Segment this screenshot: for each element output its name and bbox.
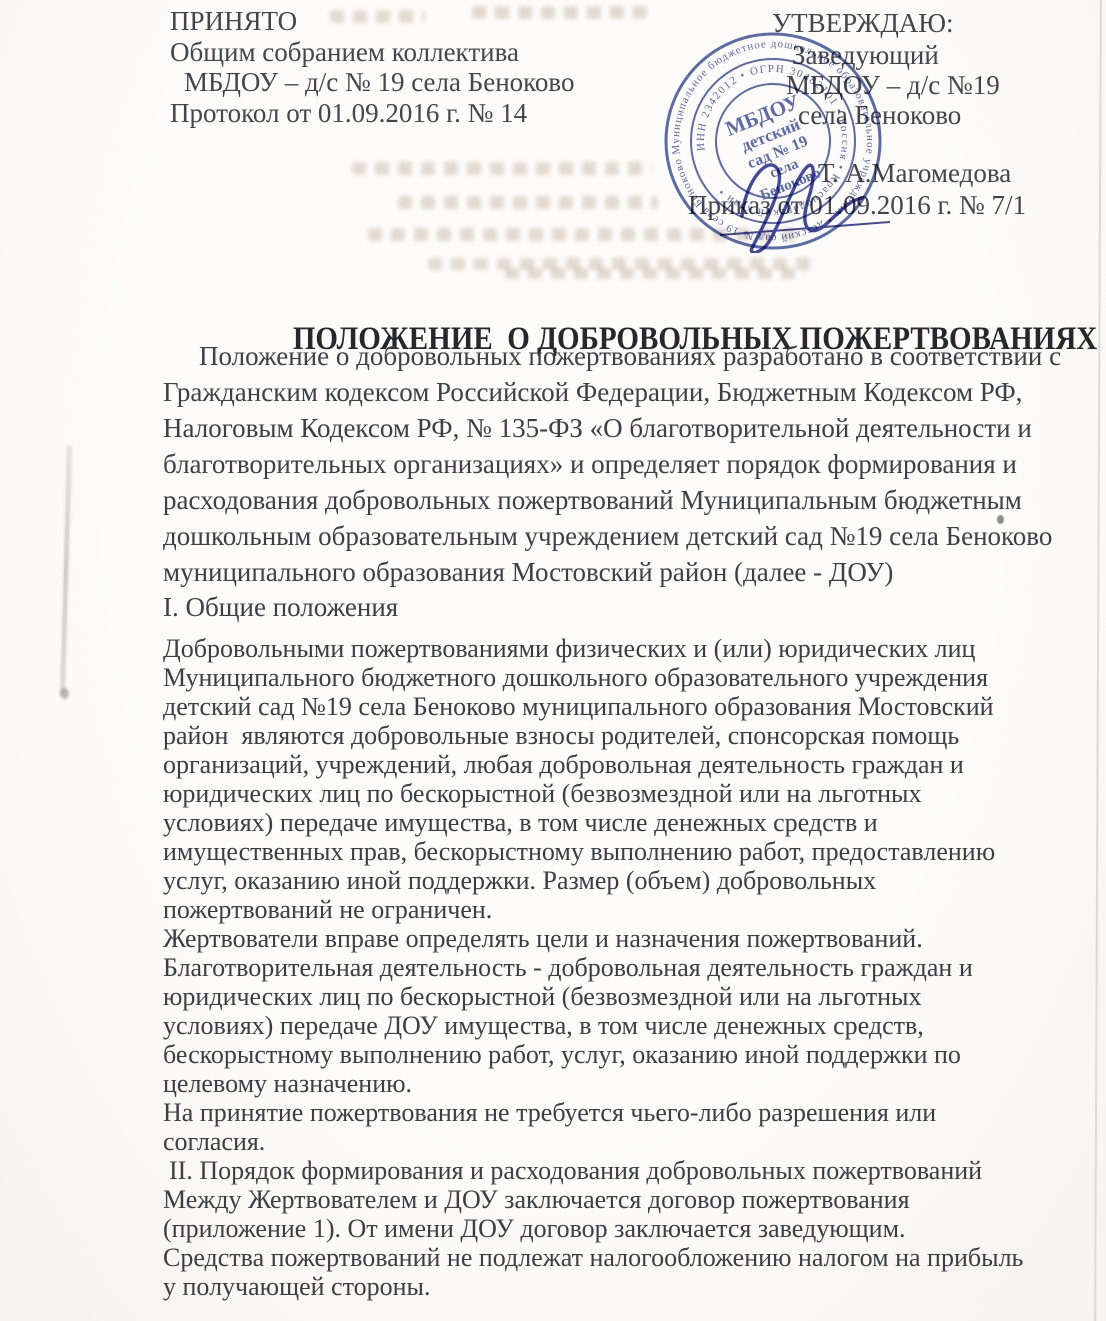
text-line: бескорыстному выполнению работ, услуг, о… <box>163 1040 1035 1069</box>
section-2-heading: II. Порядок формирования и расходования … <box>163 1156 1035 1185</box>
section-1-heading: I. Общие положения <box>163 592 398 623</box>
text-line: МБДОУ – д/с № 19 села Беноково <box>170 67 575 98</box>
text-line: Налоговым Кодексом РФ, № 135-ФЗ «О благо… <box>163 410 1025 446</box>
text-line: район являются добровольные взносы родит… <box>163 721 1035 750</box>
text-line: муниципального образования Мостовский ра… <box>163 554 1025 590</box>
text-line: целевому назначению. <box>163 1069 1035 1098</box>
text-line: Положение о добровольных пожертвованиях … <box>163 338 1025 374</box>
text-line: Общим собранием коллектива <box>170 37 575 68</box>
text-line: Протокол от 01.09.2016 г. № 14 <box>170 98 575 129</box>
text-line: расходования добровольных пожертвований … <box>163 482 1025 518</box>
document-page: ПРИНЯТООбщим собранием коллективаМБДОУ –… <box>0 0 1106 1321</box>
text-line: у получающей стороны. <box>163 1272 1035 1301</box>
text-line: имущественных прав, бескорыстному выполн… <box>163 837 1035 866</box>
text-line: Гражданским кодексом Российской Федераци… <box>163 374 1025 410</box>
text-line: Добровольными пожертвованиями физических… <box>163 634 1035 663</box>
section-2-body: Между Жертвователем и ДОУ заключается до… <box>163 1185 1035 1301</box>
intro-paragraph: Положение о добровольных пожертвованиях … <box>163 338 1025 590</box>
text-line: пожертвований не ограничен. <box>163 895 1035 924</box>
text-line: благотворительных организациях» и опреде… <box>163 446 1025 482</box>
paper-edge-line <box>1094 0 1102 1321</box>
text-line: ПРИНЯТО <box>170 6 575 37</box>
text-line: На принятие пожертвования не требуется ч… <box>163 1098 1035 1127</box>
text-line: услуг, оказанию иной поддержки. Размер (… <box>163 866 1035 895</box>
accepted-block: ПРИНЯТООбщим собранием коллективаМБДОУ –… <box>170 6 575 128</box>
text-line: согласия. <box>163 1127 1035 1156</box>
text-line: Между Жертвователем и ДОУ заключается до… <box>163 1185 1035 1214</box>
bleed-through-mark <box>505 268 805 279</box>
text-line: организаций, учреждений, любая доброволь… <box>163 750 1035 779</box>
text-line: дошкольным образовательным учреждением д… <box>163 518 1025 554</box>
section-1-body: Добровольными пожертвованиями физических… <box>163 634 1035 1156</box>
binding-thread-tip <box>60 688 69 699</box>
bleed-through-mark <box>398 196 658 209</box>
text-line: условиях) передаче ДОУ имущества, в том … <box>163 1011 1035 1040</box>
text-line: Благотворительная деятельность - доброво… <box>163 953 1035 982</box>
binding-thread-mark <box>61 446 72 694</box>
text-line: Жертвователи вправе определять цели и на… <box>163 924 1035 953</box>
text-line: юридических лиц по бескорыстной (безвозм… <box>163 779 1035 808</box>
text-line: детский сад №19 села Беноково муниципаль… <box>163 692 1035 721</box>
text-line: условиях) передаче имущества, в том числ… <box>163 808 1035 837</box>
text-line: (приложение 1). От имени ДОУ договор зак… <box>163 1214 1035 1243</box>
text-line: юридических лиц по бескорыстной (безвозм… <box>163 982 1035 1011</box>
document-body: Добровольными пожертвованиями физических… <box>163 634 1035 1301</box>
ink-speck <box>997 515 1004 524</box>
bleed-through-mark <box>352 162 652 175</box>
text-line: Муниципального бюджетного дошкольного об… <box>163 663 1035 692</box>
text-line: Средства пожертвований не подлежат налог… <box>163 1243 1035 1272</box>
signature <box>712 138 902 253</box>
